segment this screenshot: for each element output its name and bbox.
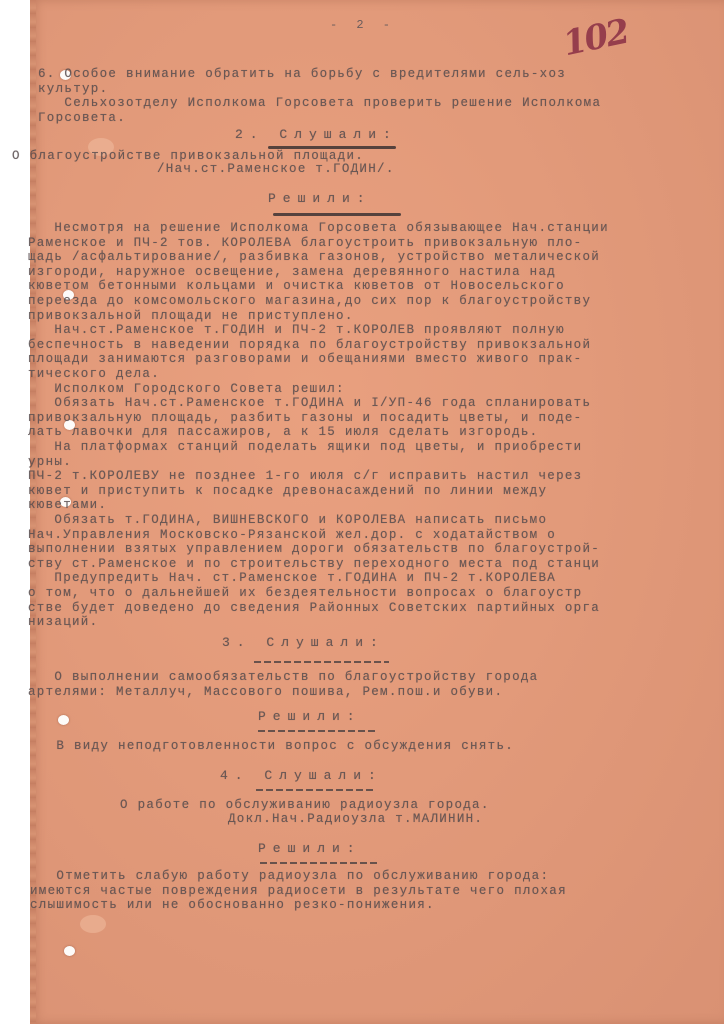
- typed-line: изгороди, наружное освещение, замена дер…: [28, 266, 724, 279]
- typed-line: кюветами.: [28, 499, 724, 512]
- paper-stain: [80, 915, 106, 933]
- heading-underline: [254, 661, 389, 663]
- typed-line: слышимость или не обоснованно резко-пони…: [30, 899, 724, 912]
- heading-underline: [258, 730, 378, 732]
- typed-line: Сельхозотделу Исполкома Горсовета провер…: [38, 97, 724, 110]
- typed-line: кювет и приступить к посадке древонасажд…: [28, 485, 724, 498]
- typed-line: переезда до комсомольского магазина,до с…: [28, 295, 724, 308]
- page-number: - 2 -: [330, 18, 396, 32]
- typed-line: Обязать Нач.ст.Раменское т.ГОДИНА и I/УП…: [28, 397, 724, 410]
- punch-hole: [64, 946, 75, 956]
- section-2-decided-heading: Решили:: [268, 192, 724, 205]
- typed-line: культур.: [38, 83, 724, 96]
- typed-line: Горсовета.: [38, 112, 724, 125]
- typed-line: щадь /асфальтирование/, разбивка газонов…: [28, 251, 724, 264]
- section-3-decided-heading: Решили:: [258, 710, 724, 723]
- section-2-heard-heading: 2. Слушали:: [235, 128, 724, 141]
- typed-line: тического дела.: [28, 368, 724, 381]
- punch-hole: [58, 715, 69, 725]
- typed-line: о том, что о дальнейшей их бездеятельнос…: [28, 587, 724, 600]
- typed-line: О выполнении самообязательств по благоус…: [28, 671, 724, 684]
- typed-line: Раменское и ПЧ-2 тов. КОРОЛЕВА благоустр…: [28, 237, 724, 250]
- typed-line: В виду неподготовленности вопрос с обсуж…: [30, 740, 724, 753]
- typed-line: площади занимаются разговорами и обещани…: [28, 353, 724, 366]
- typed-line: лать лавочки для пассажиров, а к 15 июля…: [28, 426, 724, 439]
- typed-line: выполнении взятых управлением дороги обя…: [28, 543, 724, 556]
- typed-line: привокзальную площадь, разбить газоны и …: [28, 412, 724, 425]
- section-3-heard-heading: 3. Слушали:: [222, 636, 724, 649]
- section-4-decided-heading: Решили:: [258, 842, 724, 855]
- heading-underline: [256, 789, 376, 791]
- typed-line: стве будет доведено до сведения Районных…: [28, 602, 724, 615]
- typed-line: Несмотря на решение Исполкома Горсовета …: [28, 222, 724, 235]
- typed-line: ПЧ-2 т.КОРОЛЕВУ не позднее 1-го июля с/г…: [28, 470, 724, 483]
- document-page: - 2 - 102 6. Особое внимание обратить на…: [30, 0, 724, 1024]
- typed-line: Докл.Нач.Радиоузла т.МАЛИНИН.: [228, 813, 724, 826]
- heading-underline: [273, 213, 401, 216]
- typed-line: Отметить слабую работу радиоузла по обсл…: [30, 870, 724, 883]
- typed-line: беспечность в наведении порядка по благо…: [28, 339, 724, 352]
- handwritten-folio-number: 102: [560, 12, 632, 65]
- typed-line: О работе по обслуживанию радиоузла город…: [120, 799, 724, 812]
- typed-line: 6. Особое внимание обратить на борьбу с …: [38, 68, 724, 81]
- section-4-heard-heading: 4. Слушали:: [220, 769, 724, 782]
- typed-line: На платформах станций поделать ящики под…: [28, 441, 724, 454]
- typed-line: Обязать т.ГОДИНА, ВИШНЕВСКОГО и КОРОЛЕВА…: [28, 514, 724, 527]
- typed-line: низаций.: [28, 616, 724, 629]
- typed-line: Нач.ст.Раменское т.ГОДИН и ПЧ-2 т.КОРОЛЕ…: [28, 324, 724, 337]
- typed-line: ству ст.Раменское и по строительству пер…: [28, 558, 724, 571]
- typed-line: артелями: Металлуч, Массового пошива, Ре…: [28, 686, 724, 699]
- typed-line: привокзальной площади не приступлено.: [28, 310, 724, 323]
- typed-line: Нач.Управления Московско-Рязанской жел.д…: [28, 529, 724, 542]
- typed-line: Исполком Городского Совета решил:: [28, 383, 724, 396]
- heading-underline: [260, 862, 380, 864]
- typed-line: урны.: [28, 456, 724, 469]
- typed-line: /Нач.ст.Раменское т.ГОДИН/.: [157, 163, 724, 176]
- typed-line: Предупредить Нач. ст.Раменское т.ГОДИНА …: [28, 572, 724, 585]
- typed-line: кюветом бетонными кольцами и очистка кюв…: [28, 280, 724, 293]
- typed-line: имеются частые повреждения радиосети в р…: [30, 885, 724, 898]
